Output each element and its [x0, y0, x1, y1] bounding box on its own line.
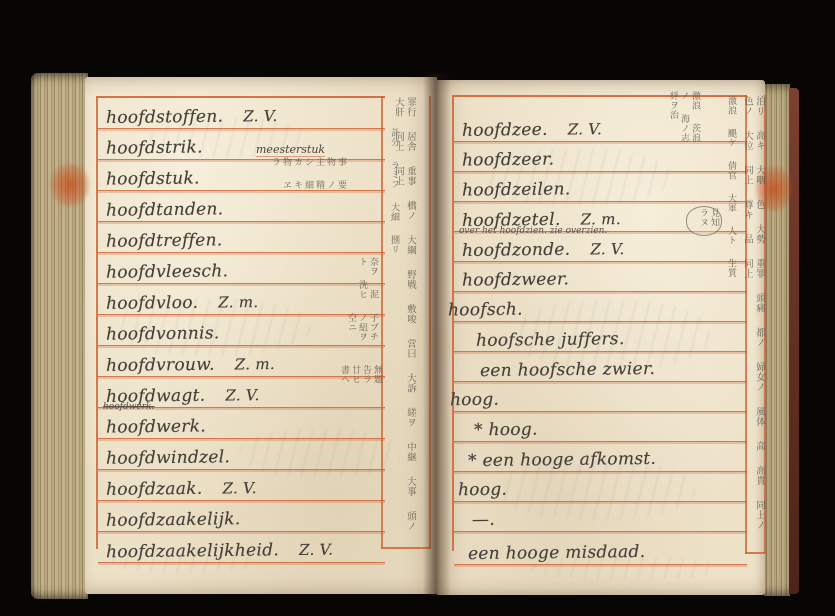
entry-word: hoofdstrik.: [106, 137, 203, 158]
entry-row: * hoog.: [454, 412, 747, 442]
entry-row: hoofdzeer.: [454, 142, 747, 172]
book-photo: hoofdstoffen.Z. V.hoofdstrik.hoofdstuk.h…: [0, 0, 835, 616]
entry-word: * hoog.: [474, 420, 538, 441]
entry-row: * een hooge afkomst.: [454, 442, 747, 472]
left-margin-bottom-line: [381, 547, 431, 549]
entry-word: hoofdzaak.Z. V.: [106, 478, 257, 500]
entry-row: hoofdstoffen.Z. V.: [98, 98, 385, 129]
left-margin-divider: [381, 96, 383, 548]
grammar-label: Z. m.: [218, 293, 258, 311]
entry-word: hoog.: [458, 480, 507, 501]
entry-word: een hoofsche zwier.: [480, 359, 655, 381]
grammar-label: Z. V.: [590, 240, 624, 258]
entry-row: hoofdvloo.Z. m.: [98, 284, 385, 315]
entry-row: hoofdzeilen.: [454, 172, 747, 202]
meesterstuk-note: meesterstuk: [256, 143, 325, 157]
page-edges-left: [31, 73, 88, 599]
entry-word: hoofdzeer.: [462, 149, 555, 170]
interlinear-note: over het hoofdzien. zie overzien.: [459, 226, 607, 236]
hoofdzetel-circled-gloss: 見知ラヌ: [686, 206, 722, 236]
right-margin-bottom-line: [745, 552, 766, 554]
entry-word: hoofdstoffen.Z. V.: [106, 106, 278, 128]
entry-word: hoofsch.: [448, 300, 523, 321]
entry-row: hoofdstrik.: [98, 129, 385, 160]
entry-row: hoofdzonde.Z. V.: [454, 232, 747, 262]
right-entry-list: hoofdzee.Z. V.hoofdzeer.hoofdzeilen.hoof…: [452, 95, 747, 551]
entry-row: hoofdtanden.: [98, 191, 385, 222]
right-page: hoofdzee.Z. V.hoofdzeer.hoofdzeilen.hoof…: [437, 80, 765, 595]
book-cover-edge: [789, 88, 799, 594]
entry-row: —.: [454, 502, 747, 532]
left-page-border: [429, 96, 431, 548]
entry-row: hoofdwerk.: [98, 408, 385, 439]
meesterstuk-gloss: 事 要物 ノ主 精シ 細カ キ物 ヱラ: [260, 157, 346, 193]
grammar-label: Z. V.: [225, 386, 259, 404]
entry-word: hoofdzaakelijkheid.Z. V.: [106, 540, 333, 563]
entry-word: hoofdzaakelijk.: [106, 509, 241, 531]
entry-row: hoofdzaakelijk.: [98, 501, 385, 532]
entry-row: hoofdtreffen.: [98, 222, 385, 253]
grammar-label: Z. V.: [222, 479, 256, 497]
entry-word: hoofdvrouw.Z. m.: [106, 354, 275, 376]
grammar-label: Z. V.: [243, 107, 277, 125]
grammar-label: Z. m.: [235, 355, 275, 373]
entry-word: hoofdvonnis.: [106, 323, 220, 344]
right-margin-inner-annotation: 激浪 颶ケ 倩官 大軍 人ト 生質: [723, 96, 736, 406]
entry-word: * een hooge afkomst.: [468, 449, 656, 471]
entry-word: hoofdtanden.: [106, 199, 224, 220]
entry-row: hoog.: [454, 382, 747, 412]
entry-word: hoofdvleesch.: [106, 261, 229, 282]
entry-word: hoofdzonde.Z. V.: [462, 239, 625, 261]
entry-word: hoog.: [450, 390, 499, 411]
entry-word: hoofdtreffen.: [106, 230, 223, 251]
entry-word: hoofdzeilen.: [462, 179, 571, 200]
entry-word: hoofsche juffers.: [476, 329, 625, 351]
entry-row: hoofsch.: [454, 292, 747, 322]
entry-word: hoofdstuk.: [106, 168, 200, 189]
grammar-label: Z. V.: [568, 120, 602, 138]
hoofdwagt-gloss: 無題 告ラ 廿ヒ 書ヘ: [334, 365, 382, 389]
page-edges-right: [764, 84, 790, 596]
left-margin-annotation: 罪行 居舎 重事 橋ノ 大綱 野戦 敷唆 営曰 大訴 縒ヲ 中継 大事 頭ノ 大…: [400, 97, 416, 537]
entry-row: hoofsche juffers.: [454, 322, 747, 352]
entry-word: hoofdwerk.: [106, 416, 206, 437]
entry-word: een hooge misdaad.: [468, 542, 646, 564]
interlinear-note: hoofdwerk.: [103, 402, 154, 412]
hoofdvrouw-gloss: 子ブチ ノ紐ヲ 空ニ: [340, 313, 378, 363]
entry-row: hoofdvleesch.: [98, 253, 385, 284]
right-margin-annotation: 泊リ 高キ 大咽 色 大勢 重罪 頭痛 都ノ 婦女ノ 風体 高 高貴 同上ノ 色…: [749, 96, 765, 546]
entry-row: een hoofsche zwier.: [454, 352, 747, 382]
entry-word: hoofdwindzel.: [106, 447, 230, 469]
entry-row: hoofdzaakelijkheid.Z. V.: [98, 532, 385, 563]
hoofdvloo-gloss: 奈ヲ 泥ト 洗ヒ: [352, 257, 378, 303]
entry-row: hoofdzee.Z. V.: [454, 97, 747, 142]
entry-word: —.: [472, 510, 495, 530]
entry-word: hoofdzee.Z. V.: [462, 119, 602, 141]
entry-word: hoofdzweer.: [462, 269, 569, 290]
entry-row: een hooge misdaad.: [454, 532, 747, 565]
entry-row: hoofdzaak.Z. V.: [98, 470, 385, 501]
hoofdzee-gloss: 激浪 茨浪ノ 海ノ志 絆ヲ治: [642, 91, 700, 147]
entry-word: hoofdvloo.Z. m.: [106, 292, 259, 314]
entry-row: hoofdwindzel.: [98, 439, 385, 470]
entry-row: hoofdzweer.: [454, 262, 747, 292]
left-margin-inner-annotation: 訃分 ラミフ 大細 捌リ: [386, 128, 399, 388]
grammar-label: Z. V.: [299, 541, 333, 559]
entry-row: hoog.: [454, 472, 747, 502]
